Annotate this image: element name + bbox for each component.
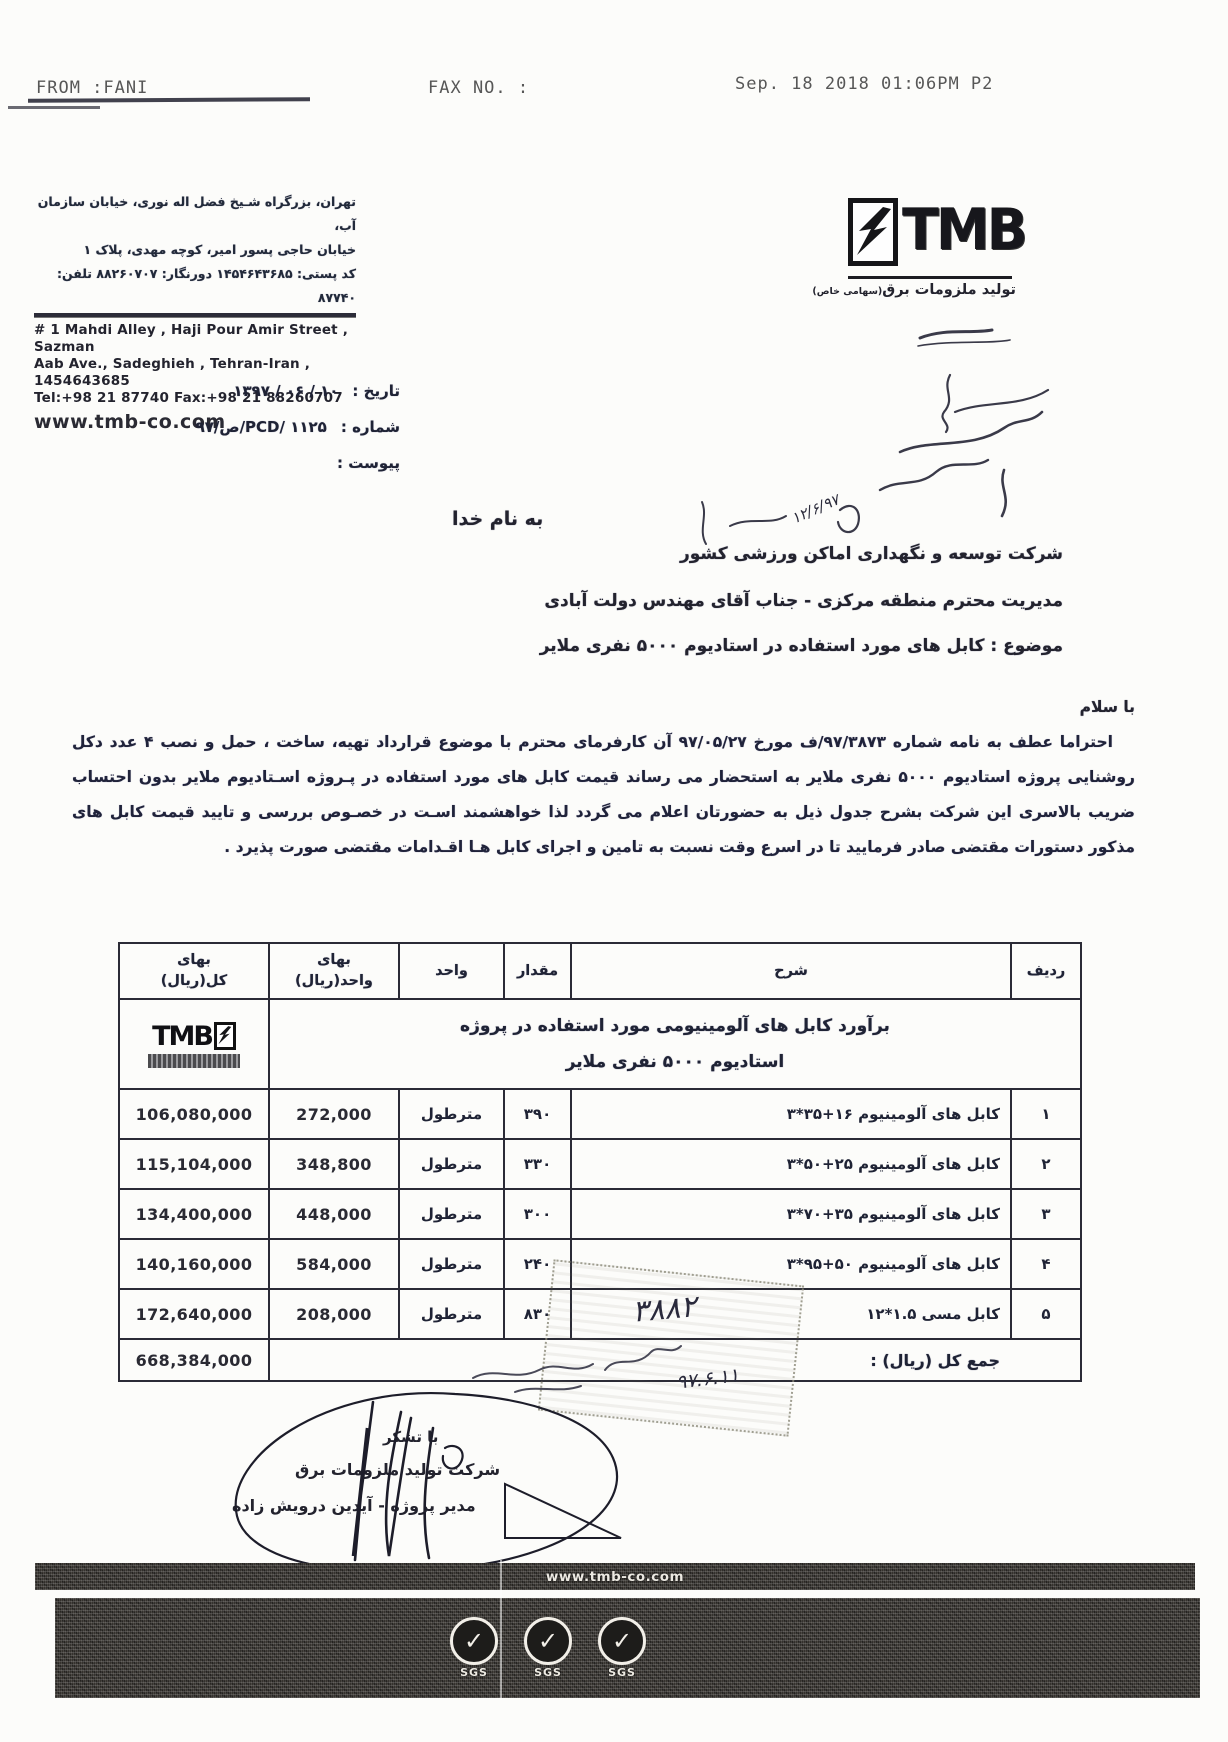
cell-quantity: ۳۹۰ — [504, 1089, 571, 1139]
cell-description: کابل های آلومینیوم ⁦۳*۷۰+۳۵⁩ — [571, 1189, 1011, 1239]
fax-underline-mark — [28, 97, 310, 102]
col-header-quantity: مقدار — [504, 943, 571, 999]
cell-row-no: ۴ — [1011, 1239, 1081, 1289]
attachment-label: پیوست : — [337, 454, 400, 472]
handwritten-note — [600, 320, 1080, 560]
table-logo-cell: TMB — [119, 999, 269, 1089]
table-header-row: ردیف شرح مقدار واحد بهای واحد(ریال) بهای… — [119, 943, 1081, 999]
col-header-unit-price: بهای واحد(ریال) — [269, 943, 399, 999]
subject-line: موضوع : کابل های مورد استفاده در استادیو… — [72, 634, 1063, 658]
cell-row-no: ۵ — [1011, 1289, 1081, 1339]
cell-unit-price: 448,000 — [269, 1189, 399, 1239]
table-title-line2: استادیوم ۵۰۰۰ نفری ملایر — [276, 1044, 1074, 1080]
sgs-label: SGS — [460, 1666, 488, 1679]
number-value: ۹۷/ص/PCD/ ۱۱۲۵ — [196, 418, 327, 436]
table-title: برآورد کابل های آلومینیومی مورد استفاده … — [269, 999, 1081, 1089]
bismillah-heading: به نام خدا — [452, 508, 543, 530]
table-title-line1: برآورد کابل های آلومینیومی مورد استفاده … — [276, 1008, 1074, 1044]
cell-quantity: ۳۰۰ — [504, 1189, 571, 1239]
footer-website-text: www.tmb-co.com — [546, 1569, 684, 1585]
cell-total-price: 172,640,000 — [119, 1289, 269, 1339]
date-value: ۱۳۹۷ / ۰۶ / ۱۰ — [233, 382, 338, 400]
table-row: ۱ کابل های آلومینیوم ⁦۳*۳۵+۱۶⁩ ۳۹۰ مترطو… — [119, 1089, 1081, 1139]
cell-quantity: ۳۳۰ — [504, 1139, 571, 1189]
cell-unit: مترطول — [399, 1189, 504, 1239]
logo-wordmark: TMB — [902, 196, 1025, 263]
cell-unit: مترطول — [399, 1239, 504, 1289]
cell-total-price: 134,400,000 — [119, 1189, 269, 1239]
recipient-line-1: شرکت توسعه و نگهداری اماکن ورزشی کشور — [72, 542, 1063, 566]
sgs-label: SGS — [534, 1666, 562, 1679]
cell-total-price: 140,160,000 — [119, 1239, 269, 1289]
fax-from: FROM :FANI — [36, 78, 148, 98]
cell-unit-price: 208,000 — [269, 1289, 399, 1339]
footer-bar-website: www.tmb-co.com — [35, 1563, 1195, 1590]
letter-body-block: شرکت توسعه و نگهداری اماکن ورزشی کشور مد… — [72, 542, 1135, 865]
logo-subtitle-smudge — [148, 1054, 240, 1068]
checkmark-icon: ✓ — [524, 1617, 572, 1665]
sgs-certification-badge: ✓ SGS — [598, 1617, 646, 1679]
date-label: تاریخ : — [352, 382, 400, 400]
col-header-total-price: بهای کل(ریال) — [119, 943, 269, 999]
sgs-certification-badge: ✓ SGS — [450, 1617, 498, 1679]
address-fa-line: خیابان حاجی پسور امیر، کوچه مهدی، پلاک ۱ — [34, 238, 356, 262]
table-row: ۲ کابل های آلومینیوم ⁦۳*۵۰+۲۵⁩ ۳۳۰ مترطو… — [119, 1139, 1081, 1189]
scan-fold-artifact — [500, 1560, 502, 1700]
footer-bar-certifications: ✓ SGS ✓ SGS ✓ SGS — [55, 1598, 1200, 1698]
logo-wordmark: TMB — [152, 1021, 212, 1052]
cell-row-no: ۱ — [1011, 1089, 1081, 1139]
lightning-bolt-icon — [214, 1022, 236, 1050]
letter-meta-block: تاریخ : ۱۳۹۷ / ۰۶ / ۱۰ شماره : ۹۷/ص/PCD/… — [108, 382, 400, 490]
address-fa-line: تهران، بزرگراه شـیخ فضل اله نوری، خیابان… — [34, 190, 356, 238]
fax-number-label: FAX NO. : — [428, 78, 529, 98]
cell-total-price: 115,104,000 — [119, 1139, 269, 1189]
cell-unit: مترطول — [399, 1089, 504, 1139]
cell-description: کابل های آلومینیوم ⁦۳*۵۰+۲۵⁩ — [571, 1139, 1011, 1189]
fax-underline-mark-small — [8, 106, 100, 109]
recipient-line-2: مدیریت محترم منطقه مرکزی - جناب آقای مهن… — [72, 589, 1063, 613]
cell-total-price: 106,080,000 — [119, 1089, 269, 1139]
fax-timestamp: Sep. 18 2018 01:06PM P2 — [735, 74, 993, 94]
logo-subtitle-note: (سهامی خاص) — [812, 286, 882, 297]
cell-unit-price: 272,000 — [269, 1089, 399, 1139]
cell-unit-price: 584,000 — [269, 1239, 399, 1289]
sgs-label: SGS — [608, 1666, 636, 1679]
salutation: با سلام — [72, 698, 1135, 716]
fax-document-page: FROM :FANI FAX NO. : Sep. 18 2018 01:06P… — [0, 0, 1228, 1742]
sgs-certification-badge: ✓ SGS — [524, 1617, 572, 1679]
lightning-bolt-icon — [848, 198, 898, 266]
stamp-number: ۳۸۸۲ — [631, 1289, 698, 1329]
logo-subtitle: تولید ملزومات برق — [882, 282, 1016, 298]
col-header-row-no: ردیف — [1011, 943, 1081, 999]
total-value: 668,384,000 — [119, 1339, 269, 1381]
col-header-description: شرح — [571, 943, 1011, 999]
checkmark-icon: ✓ — [598, 1617, 646, 1665]
checkmark-icon: ✓ — [450, 1617, 498, 1665]
tmb-logo: TMB تولید ملزومات برق(سهامی خاص) — [848, 198, 1016, 298]
cell-description: کابل های آلومینیوم ⁦۳*۳۵+۱۶⁩ — [571, 1089, 1011, 1139]
address-en-line: # 1 Mahdi Alley , Haji Pour Amir Street … — [34, 322, 356, 356]
address-fa-line: کد پستی: ۱۴۵۴۶۴۳۶۸۵ دورنگار: ۸۸۲۶۰۷۰۷ تل… — [34, 262, 356, 310]
table-title-row: برآورد کابل های آلومینیومی مورد استفاده … — [119, 999, 1081, 1089]
cell-unit: مترطول — [399, 1139, 504, 1189]
cell-row-no: ۲ — [1011, 1139, 1081, 1189]
address-divider — [34, 313, 356, 318]
logo-rule — [848, 276, 1012, 279]
letter-paragraph: احتراما عطف به نامه شماره ۹۷/۳۸۷۳/ف مورخ… — [72, 725, 1135, 865]
number-label: شماره : — [341, 418, 400, 436]
cell-unit-price: 348,800 — [269, 1139, 399, 1189]
tmb-logo-small: TMB — [148, 1021, 240, 1068]
table-row: ۳ کابل های آلومینیوم ⁦۳*۷۰+۳۵⁩ ۳۰۰ مترطو… — [119, 1189, 1081, 1239]
col-header-unit: واحد — [399, 943, 504, 999]
cell-row-no: ۳ — [1011, 1189, 1081, 1239]
